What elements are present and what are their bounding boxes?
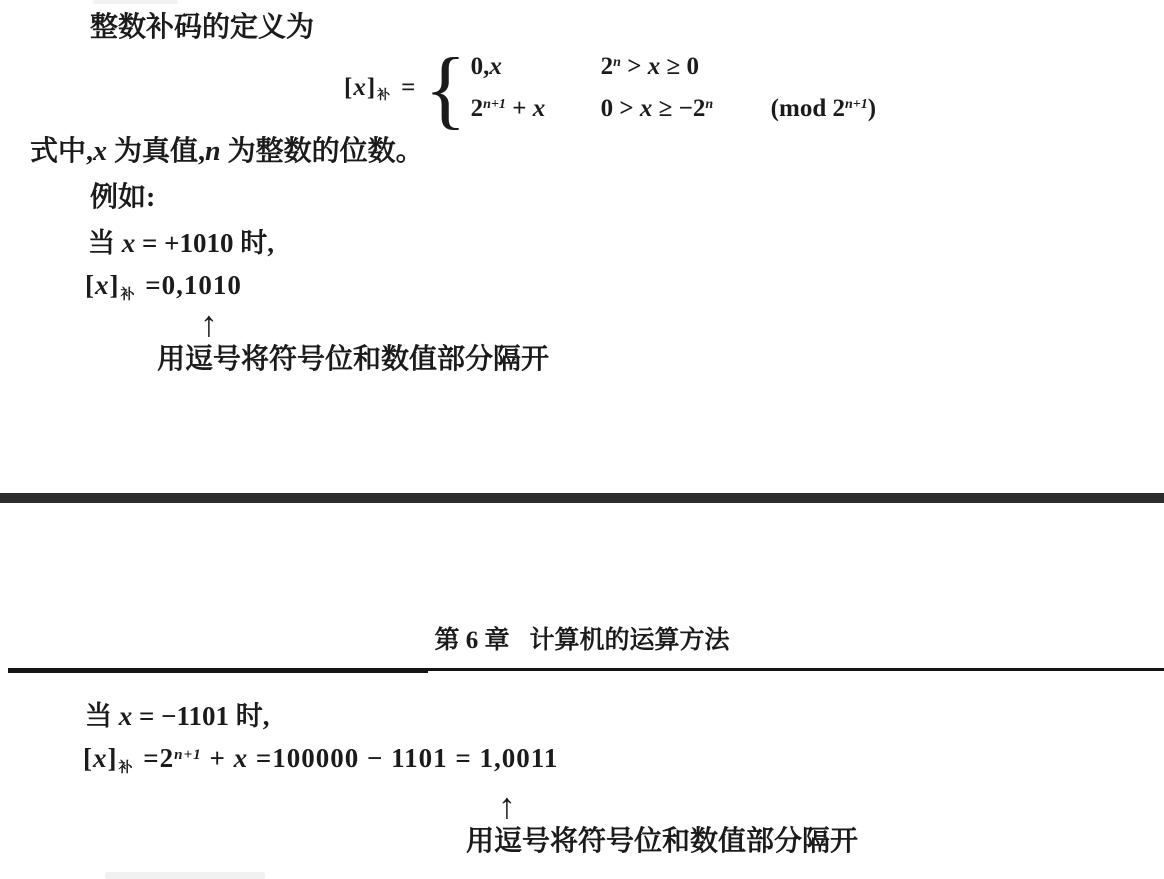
- scan-artifact-top: [93, 0, 178, 4]
- when-value: = +1010 时,: [135, 228, 274, 258]
- chapter-running-header: 第 6 章计算机的运算方法: [0, 620, 1164, 656]
- header-rule-thick-left: [8, 671, 428, 673]
- geq-zero: ≥ 0: [660, 53, 699, 80]
- variable-x: x: [648, 53, 661, 80]
- bracket-close: ]: [108, 743, 118, 773]
- when-prefix: 当: [85, 701, 119, 731]
- greater-than: >: [621, 53, 648, 80]
- up-arrow-icon: ↑: [200, 304, 218, 345]
- comma-separator-caption: 用逗号将符号位和数值部分隔开: [466, 826, 858, 858]
- plus-sign: +: [506, 95, 533, 122]
- equals-2: =2: [136, 743, 175, 773]
- bracket-open: [: [344, 74, 353, 101]
- left-brace: {: [424, 50, 466, 129]
- chapter-title: 计算机的运算方法: [530, 627, 730, 654]
- mod-close: ): [868, 95, 876, 122]
- case2-value: 2n+1 + x: [471, 95, 601, 123]
- case2-condition: 0 > x ≥ −2n: [601, 95, 761, 123]
- exponent-n-plus-1: n+1: [483, 97, 506, 112]
- variable-x: x: [533, 95, 546, 122]
- example-label: 例如:: [90, 182, 155, 214]
- formula-case-2: 2n+1 + x 0 > x ≥ −2n (mod 2n+1): [471, 88, 876, 130]
- chapter-number: 第 6 章: [434, 627, 509, 654]
- note-text: 为真值,: [107, 136, 205, 167]
- variable-n: n: [205, 136, 221, 167]
- formula-lhs: [x]补=: [344, 74, 416, 102]
- exponent-n-plus-1: n+1: [845, 97, 868, 112]
- complement-subscript: 补: [121, 287, 136, 303]
- exponent-n-plus-1: n+1: [174, 747, 202, 763]
- variable-x: x: [95, 270, 110, 300]
- equals-sign: =: [401, 74, 416, 101]
- variable-x: x: [640, 95, 653, 122]
- variable-x: x: [234, 743, 249, 773]
- bracket-close: ]: [110, 270, 120, 300]
- example1-result-line: [x]补 =0,1010: [85, 270, 242, 301]
- mod-annotation: (mod 2n+1): [771, 95, 876, 123]
- variable-x: x: [119, 701, 133, 731]
- example2-result-line: [x]补 =2n+1 + x =100000 − 1101 = 1,0011: [83, 743, 558, 774]
- bracket-open: [: [85, 270, 95, 300]
- variable-x: x: [489, 53, 502, 80]
- exponent-n: n: [705, 97, 713, 112]
- geq-neg-2: ≥ −2: [652, 95, 705, 122]
- exponent-n: n: [613, 55, 621, 70]
- page-separator-bar: [0, 493, 1164, 503]
- paragraph-definition-intro: 整数补码的定义为: [90, 12, 314, 44]
- result-value: =0,1010: [138, 270, 242, 300]
- variable-x: x: [93, 743, 108, 773]
- piecewise-complement-formula: [x]补= { 0,x 2n > x ≥ 0 2n+1 + x 0 > x ≥ …: [344, 46, 876, 130]
- bracket-close: ]: [367, 74, 376, 101]
- when-value: = −1101 时,: [132, 701, 269, 731]
- plus-sign: +: [202, 743, 234, 773]
- scan-artifact-bottom: [105, 872, 265, 879]
- up-arrow-icon: ↑: [498, 786, 516, 827]
- variable-x: x: [122, 228, 136, 258]
- complement-subscript: 补: [119, 760, 134, 776]
- case1-value-prefix: 0,: [471, 53, 490, 80]
- variable-x: x: [93, 136, 107, 167]
- note-text: 为整数的位数。: [221, 136, 424, 167]
- result-computation: =100000 − 1101 = 1,0011: [248, 743, 558, 773]
- complement-subscript: 补: [377, 87, 391, 102]
- base-2: 2: [601, 53, 614, 80]
- comma-separator-caption: 用逗号将符号位和数值部分隔开: [157, 344, 549, 376]
- case1-value: 0,x: [471, 53, 601, 81]
- zero-greater: 0 >: [601, 95, 640, 122]
- case1-condition: 2n > x ≥ 0: [601, 53, 761, 81]
- base-2: 2: [471, 95, 484, 122]
- mod-open: (mod 2: [771, 95, 845, 122]
- variable-x: x: [353, 74, 367, 101]
- example1-when-line: 当 x = +1010 时,: [88, 228, 274, 259]
- note-text: 式中,: [30, 136, 93, 167]
- when-prefix: 当: [88, 228, 122, 258]
- paragraph-variable-note: 式中,x 为真值,n 为整数的位数。: [30, 136, 424, 168]
- bracket-open: [: [83, 743, 93, 773]
- example2-when-line: 当 x = −1101 时,: [85, 701, 270, 732]
- formula-cases: 0,x 2n > x ≥ 0 2n+1 + x 0 > x ≥ −2n (mod…: [471, 46, 876, 130]
- formula-case-1: 0,x 2n > x ≥ 0: [471, 46, 876, 88]
